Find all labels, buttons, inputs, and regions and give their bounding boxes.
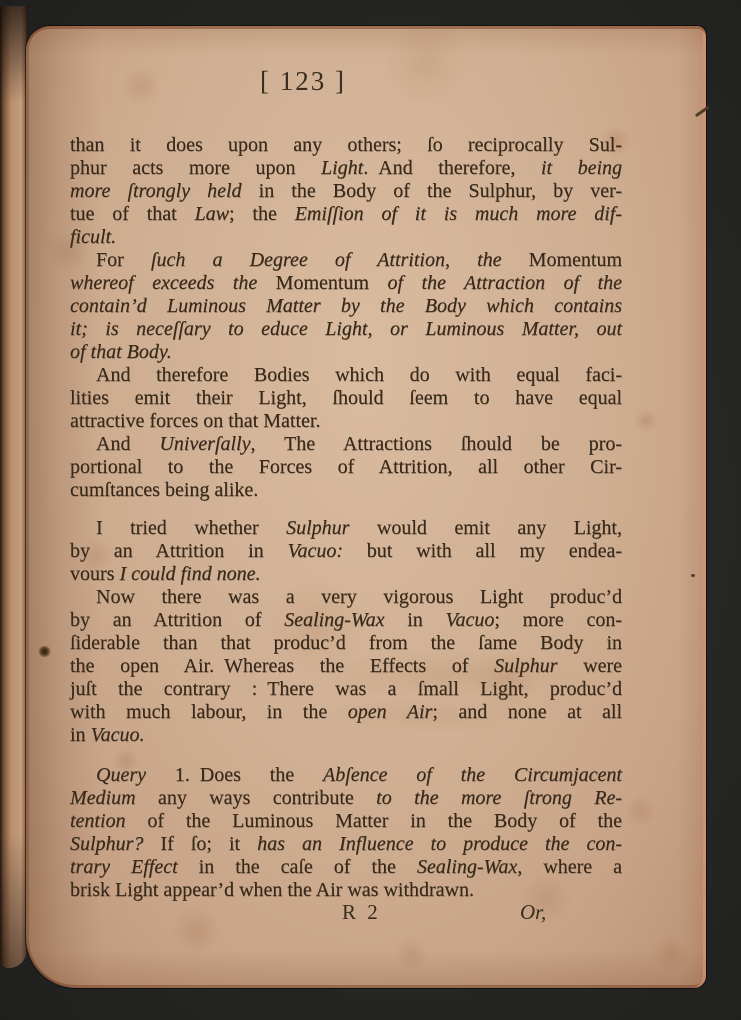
text-line: it; is neceſſary to educe Light, or Lumi…: [70, 318, 622, 341]
text-line: vours I could find none.: [70, 563, 622, 586]
paragraph: I tried whether Sulphur would emit any L…: [70, 517, 622, 586]
ink-mark: [695, 106, 710, 117]
text-line: by an Attrition of Sealing-Wax in Vacuo;…: [70, 609, 622, 632]
text-line: attractive forces on that Matter.: [70, 410, 622, 433]
text-block: than it does upon any others; ſo recipro…: [70, 134, 622, 902]
ink-blot: [38, 646, 51, 657]
text-line: with much labour, in the open Air; and n…: [70, 701, 622, 724]
text-line: For ſuch a Degree of Attrition, the Mome…: [70, 249, 622, 272]
text-line: ficult.: [70, 226, 622, 249]
text-line: trary Effect in the caſe of the Sealing-…: [70, 856, 622, 879]
page-footer: R 2 Or,: [70, 900, 622, 926]
text-line: lities emit their Light, ſhould ſeem to …: [70, 387, 622, 410]
text-line: the open Air. Whereas the Effects of Sul…: [70, 655, 622, 678]
text-line: tue of that Law; the Emiſſion of it is m…: [70, 203, 622, 226]
text-line: I tried whether Sulphur would emit any L…: [70, 517, 622, 540]
text-line: ſiderable than that produc’d from the ſa…: [70, 632, 622, 655]
text-line: contain’d Luminous Matter by the Body wh…: [70, 295, 622, 318]
text-line: And therefore Bodies which do with equal…: [70, 364, 622, 387]
text-line: whereof exceeds the Momentum of the Attr…: [70, 272, 622, 295]
scanned-book-page: [ 123 ] than it does upon any others; ſo…: [0, 0, 741, 1020]
catchword: Or,: [520, 900, 546, 925]
text-line: in Vacuo.: [70, 724, 622, 747]
text-line: cumſtances being alike.: [70, 479, 622, 502]
text-line: phur acts more upon Light. And therefore…: [70, 157, 622, 180]
page-number: [ 123 ]: [70, 66, 536, 97]
text-line: Now there was a very vigorous Light prod…: [70, 586, 622, 609]
signature-mark: R 2: [342, 900, 381, 925]
text-line: And Univerſally, The Attractions ſhould …: [70, 433, 622, 456]
paragraph: than it does upon any others; ſo recipro…: [70, 134, 622, 249]
text-line: by an Attrition in Vacuo: but with all m…: [70, 540, 622, 563]
text-line: Query 1. Does the Abſence of the Circumj…: [70, 764, 622, 787]
text-line: brisk Light appear’d when the Air was wi…: [70, 879, 622, 902]
text-line: juſt the contrary : There was a ſmall Li…: [70, 678, 622, 701]
text-line: portional to the Forces of Attrition, al…: [70, 456, 622, 479]
paragraph: For ſuch a Degree of Attrition, the Mome…: [70, 249, 622, 364]
text-line: of that Body.: [70, 341, 622, 364]
text-line: tention of the Luminous Matter in the Bo…: [70, 810, 622, 833]
ink-speck: [691, 574, 695, 577]
book-page: [ 123 ] than it does upon any others; ſo…: [26, 26, 706, 988]
paragraph: And Univerſally, The Attractions ſhould …: [70, 433, 622, 502]
paragraph: And therefore Bodies which do with equal…: [70, 364, 622, 433]
text-line: Medium any ways contribute to the more ſ…: [70, 787, 622, 810]
paragraph: Query 1. Does the Abſence of the Circumj…: [70, 764, 622, 902]
text-line: more ſtrongly held in the Body of the Su…: [70, 180, 622, 203]
paragraph: Now there was a very vigorous Light prod…: [70, 586, 622, 747]
text-line: than it does upon any others; ſo recipro…: [70, 134, 622, 157]
adjacent-page-edge: [0, 6, 27, 968]
text-line: Sulphur? If ſo; it has an Influence to p…: [70, 833, 622, 856]
